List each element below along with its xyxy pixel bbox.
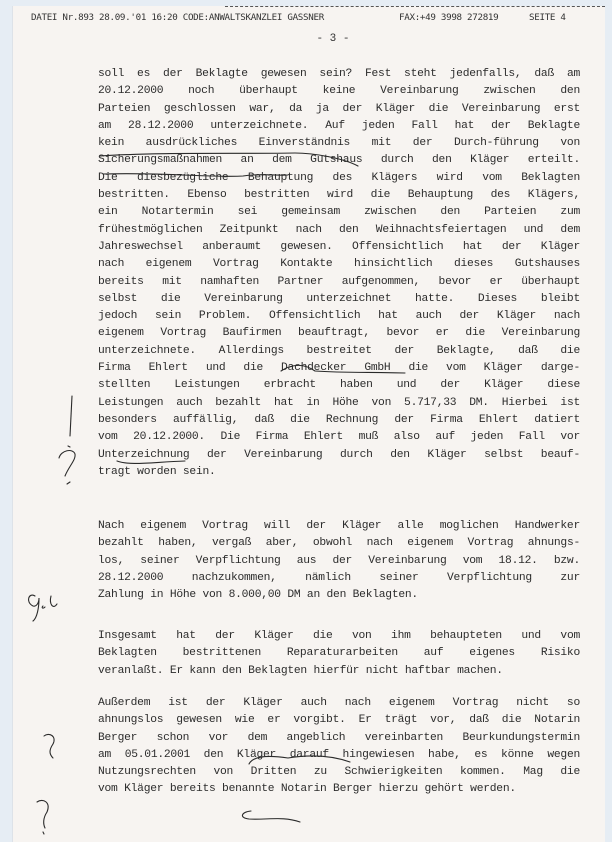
underline-hingewiesen [249, 756, 350, 764]
fax-page: DATEI Nr.893 28.09.'01 16:20 CODE:ANWALT… [12, 6, 605, 842]
handwritten-underlines [13, 6, 605, 842]
underline-date [117, 461, 185, 463]
underline-sicherungsmassnahmen [103, 174, 288, 177]
question-mark-2 [44, 734, 54, 758]
closing-squiggle [242, 811, 300, 822]
underline-einverstaendnis [100, 153, 358, 166]
exclamation-dot [68, 446, 70, 447]
initials-mark [29, 595, 57, 621]
underline-bestreitet [281, 365, 405, 373]
question-mark-3 [37, 800, 48, 828]
question-dot-1 [67, 482, 70, 484]
question-dot-3 [43, 832, 44, 834]
exclamation-stroke [70, 396, 72, 436]
question-mark-1 [59, 451, 75, 476]
